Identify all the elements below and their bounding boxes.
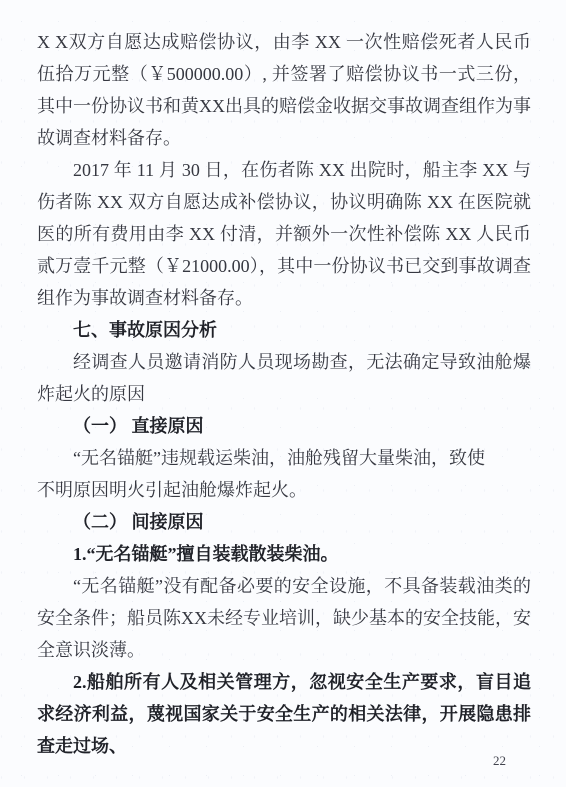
page-number: 22	[493, 752, 506, 770]
paragraph-indirect-cause-item-2: 2.船舶所有人及相关管理方，忽视安全生产要求，盲目追求经济利益，蔑视国家关于安全…	[37, 666, 531, 762]
paragraph-site-investigation: 经调查人员邀请消防人员现场勘查，无法确定导致油舱爆炸起火的原因	[37, 346, 531, 410]
document-page: X X双方自愿达成赔偿协议，由李 XX 一次性赔偿死者人民币伍拾万元整（￥500…	[0, 0, 566, 787]
paragraph-indirect-cause-item-1-detail: “无名锚艇”没有配备必要的安全设施，不具备装载油类的安全条件；船员陈XX未经专业…	[37, 570, 531, 666]
heading-section-seven-cause-analysis: 七、事故原因分析	[37, 314, 531, 346]
heading-indirect-cause-item-1: 1.“无名锚艇”擅自装载散装柴油。	[37, 538, 531, 570]
paragraph-hospital-compensation: 2017 年 11 月 30 日，在伤者陈 XX 出院时，船主李 XX 与伤者陈…	[37, 154, 531, 314]
heading-direct-cause: （一） 直接原因	[37, 410, 531, 442]
paragraph-direct-cause-detail: “无名锚艇”违规载运柴油，油舱残留大量柴油，致使 不明原因明火引起油舱爆炸起火。	[37, 442, 531, 506]
document-body: X X双方自愿达成赔偿协议，由李 XX 一次性赔偿死者人民币伍拾万元整（￥500…	[37, 26, 531, 762]
heading-indirect-cause: （二） 间接原因	[37, 506, 531, 538]
paragraph-compensation-agreement: X X双方自愿达成赔偿协议，由李 XX 一次性赔偿死者人民币伍拾万元整（￥500…	[37, 26, 531, 154]
